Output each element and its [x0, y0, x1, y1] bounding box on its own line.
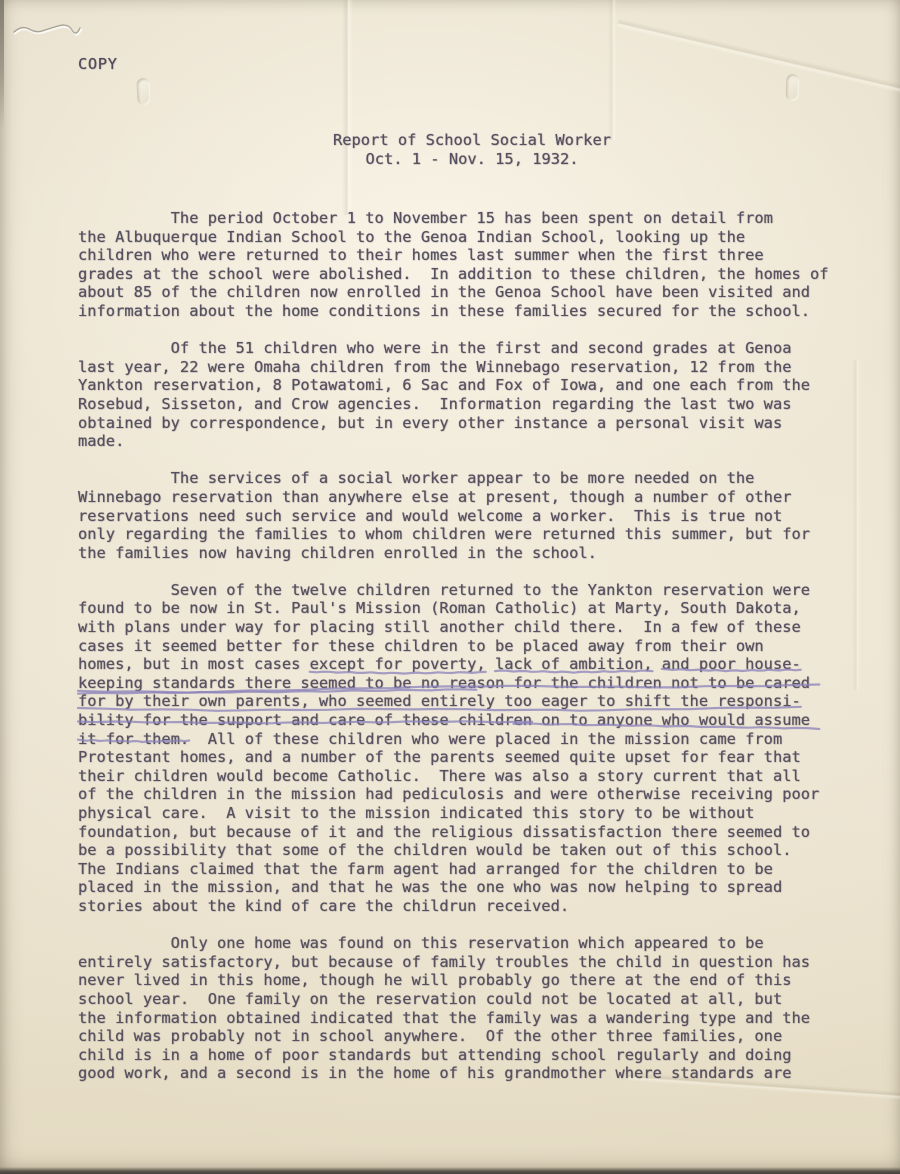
text-line: foundation, but because of it and the re… — [78, 823, 878, 842]
text-line: children who were returned to their home… — [78, 246, 878, 265]
text-line: The period October 1 to November 15 has … — [78, 209, 878, 228]
text-line: Yankton reservation, 8 Potawatomi, 6 Sac… — [78, 376, 878, 395]
text-line: The Indians claimed that the farm agent … — [78, 860, 878, 879]
text-line: stories about the kind of care the child… — [78, 897, 878, 916]
text-line: homes, but in most cases except for pove… — [78, 655, 878, 674]
text-line: obtained by correspondence, but in every… — [78, 414, 878, 433]
text-line: entirely satisfactory, but because of fa… — [78, 953, 878, 972]
emboss-mark — [786, 74, 800, 101]
document-body: The period October 1 to November 15 has … — [78, 209, 878, 1083]
text-line: child was probably not in school anywher… — [78, 1027, 878, 1046]
text-line: child is in a home of poor standards but… — [78, 1046, 878, 1065]
text-line: the families now having children enrolle… — [78, 544, 878, 563]
text-line: Winnebago reservation than anywhere else… — [78, 488, 878, 507]
text-line: placed in the mission, and that he was t… — [78, 878, 878, 897]
title-line-1: Report of School Social Worker — [22, 131, 900, 150]
corner-scratch-mark — [14, 25, 80, 33]
text-line: grades at the school were abolished. In … — [78, 265, 878, 284]
corner-scratch-mark — [15, 27, 81, 35]
paper-crease — [617, 18, 900, 102]
document-page: COPY Report of School Social Worker Oct.… — [0, 0, 900, 1174]
paragraph: Only one home was found on this reservat… — [78, 934, 878, 1083]
text-line: good work, and a second is in the home o… — [78, 1064, 878, 1083]
text-line: keeping standards there seemed to be no … — [78, 674, 878, 693]
scan-edge-left — [0, 0, 4, 130]
document-title: Report of School Social Worker Oct. 1 - … — [22, 131, 900, 168]
text-line: of the children in the mission had pedic… — [78, 785, 878, 804]
text-line: with plans under way for placing still a… — [78, 618, 878, 637]
text-line: their children would become Catholic. Th… — [78, 767, 878, 786]
text-line: found to be now in St. Paul's Mission (R… — [78, 599, 878, 618]
paragraph: Seven of the twelve children returned to… — [78, 581, 878, 916]
scan-edge-bottom — [0, 1167, 900, 1174]
title-line-2: Oct. 1 - Nov. 15, 1932. — [22, 150, 900, 169]
paragraph: The period October 1 to November 15 has … — [78, 209, 878, 321]
paper-crease — [342, 0, 353, 215]
text-line: bility for the support and care of these… — [78, 711, 878, 730]
text-line: The services of a social worker appear t… — [78, 469, 878, 488]
text-line: reservations need such service and would… — [78, 507, 878, 526]
text-line: cases it seemed better for these childre… — [78, 637, 878, 656]
paragraph: Of the 51 children who were in the first… — [78, 339, 878, 451]
text-line: information about the home conditions in… — [78, 302, 878, 321]
text-line: for by their own parents, who seemed ent… — [78, 692, 878, 711]
text-line: school year. One family on the reservati… — [78, 990, 878, 1009]
text-line: made. — [78, 432, 878, 451]
text-line: only regarding the families to whom chil… — [78, 525, 878, 544]
text-line: Rosebud, Sisseton, and Crow agencies. In… — [78, 395, 878, 414]
text-line: about 85 of the children now enrolled in… — [78, 283, 878, 302]
text-line: it for them. All of these children who w… — [78, 730, 878, 749]
text-line: Protestant homes, and a number of the pa… — [78, 748, 878, 767]
text-line: last year, 22 were Omaha children from t… — [78, 358, 878, 377]
text-line: Only one home was found on this reservat… — [78, 934, 878, 953]
text-line: physical care. A visit to the mission in… — [78, 804, 878, 823]
emboss-mark — [136, 78, 150, 106]
paper-crease — [608, 0, 617, 140]
text-line: be a possibility that some of the childr… — [78, 841, 878, 860]
copy-stamp: COPY — [78, 55, 117, 73]
text-line: never lived in this home, though he will… — [78, 971, 878, 990]
text-line: Seven of the twelve children returned to… — [78, 581, 878, 600]
paragraph: The services of a social worker appear t… — [78, 469, 878, 562]
text-line: the information obtained indicated that … — [78, 1009, 878, 1028]
text-line: Of the 51 children who were in the first… — [78, 339, 878, 358]
text-line: the Albuquerque Indian School to the Gen… — [78, 228, 878, 247]
